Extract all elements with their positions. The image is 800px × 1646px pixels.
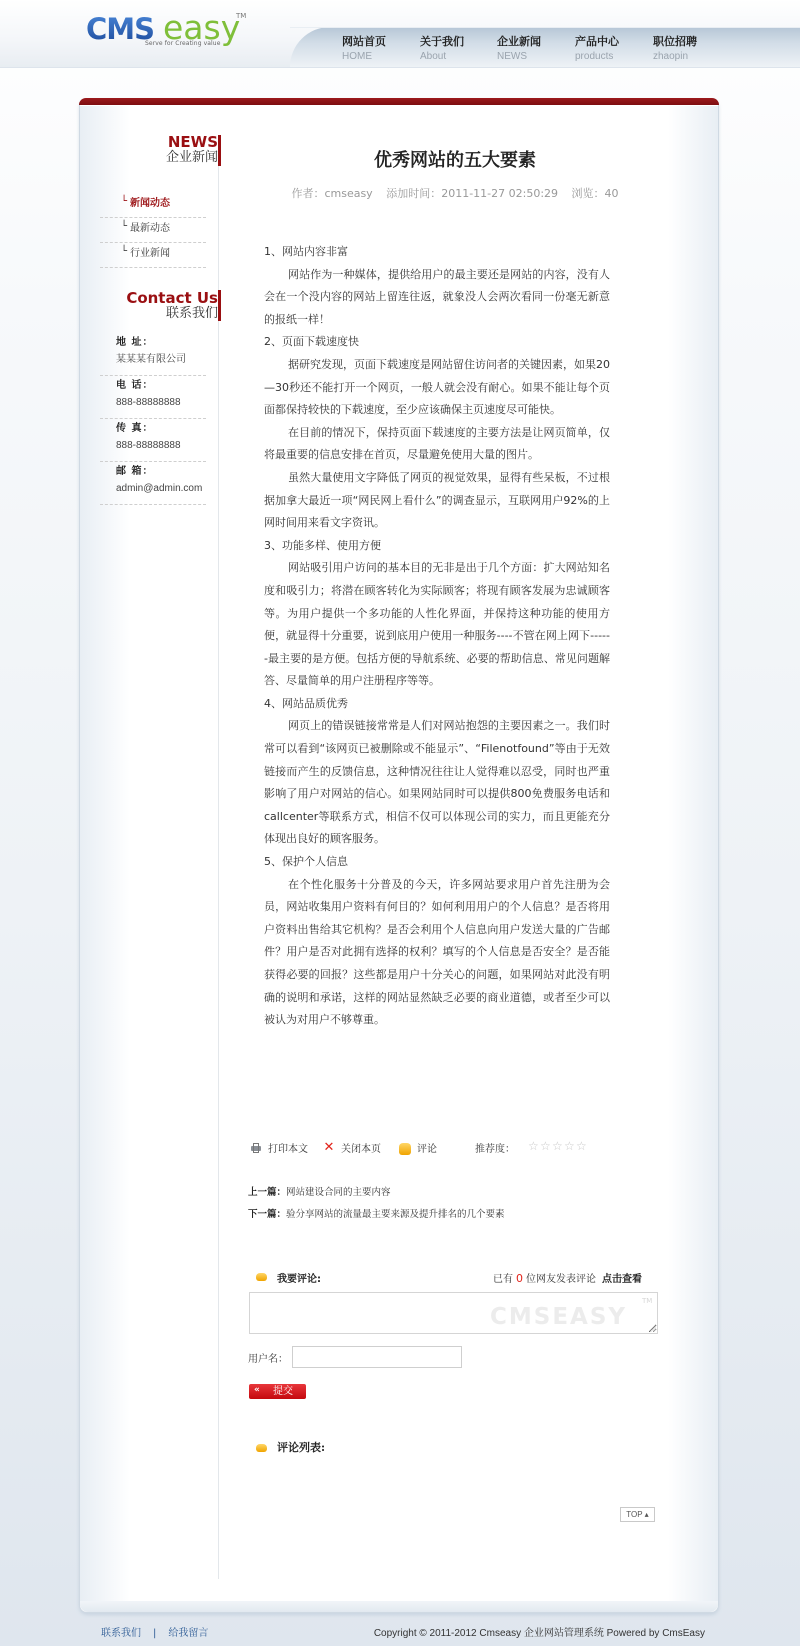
article-author: 作者：cmseasy — [291, 187, 372, 200]
close-icon: ✕ — [323, 1142, 335, 1154]
contact-value: 某某某有限公司 — [116, 351, 206, 368]
star-icon[interactable]: ☆ — [528, 1140, 540, 1153]
nav-item-home[interactable]: 网站首页 HOME — [342, 33, 412, 62]
nav-sublabel: HOME — [342, 51, 412, 62]
article-body: 1、网站内容非富 网站作为一种媒体，提供给用户的最主要还是网站的内容，没有人会在… — [264, 241, 610, 1032]
footer-link-guestbook[interactable]: 给我留言 — [168, 1628, 208, 1639]
nav-sublabel: products — [575, 51, 645, 62]
contact-label: 电 话： — [116, 378, 206, 394]
comment-list-title: 评论列表: — [277, 1439, 325, 1455]
panel-bottom-edge — [80, 1601, 718, 1612]
contact-address: 地 址： 某某某有限公司 — [100, 333, 206, 376]
corner-icon: └ — [121, 191, 127, 213]
comment-form-title: 我要评论: — [277, 1270, 321, 1285]
star-icon[interactable]: ☆ — [576, 1140, 588, 1153]
paragraph: 在个性化服务十分普及的今天，许多网站要求用户首先注册为会员，网站收集用户资料有何… — [264, 874, 610, 1032]
contact-label: 传 真： — [116, 421, 206, 437]
next-article: 下一篇：验分享网站的流量最主要来源及提升排名的几个要素 — [248, 1204, 505, 1226]
main-nav: 网站首页 HOME 关于我们 About 企业新闻 NEWS 产品中心 prod… — [290, 27, 800, 67]
nav-item-jobs[interactable]: 职位招聘 zhaopin — [653, 33, 723, 62]
contact-fax: 传 真： 888-88888888 — [100, 419, 206, 462]
next-label: 下一篇： — [248, 1209, 286, 1220]
submit-label: 提交 — [273, 1384, 293, 1399]
site-header: CMS easy TM Serve for Creating value 网站首… — [0, 0, 800, 68]
close-label: 关闭本页 — [341, 1140, 381, 1155]
logo-trademark: TM — [236, 12, 246, 20]
panel-shade — [80, 106, 130, 1606]
section-heading: 4、网站品质优秀 — [264, 693, 610, 716]
print-button[interactable]: 打印本文 — [250, 1140, 308, 1155]
article-tools: 打印本文 ✕ 关闭本页 评论 推荐度： ☆ ☆ ☆ ☆ ☆ — [250, 1140, 650, 1158]
print-label: 打印本文 — [268, 1140, 308, 1155]
rating-stars: ☆ ☆ ☆ ☆ ☆ — [528, 1140, 588, 1153]
sidebar-item-latest-updates[interactable]: └ 最新动态 — [100, 218, 206, 243]
comment-bubble-icon — [256, 1273, 267, 1281]
contact-value: 888-88888888 — [116, 394, 206, 411]
corner-icon: └ — [121, 241, 127, 263]
star-icon[interactable]: ☆ — [564, 1140, 576, 1153]
contact-phone: 电 话： 888-88888888 — [100, 376, 206, 419]
prev-article: 上一篇：网站建设合同的主要内容 — [248, 1182, 505, 1204]
footer-copyright: Copyright © 2011-2012 Cmseasy 企业网站管理系统 P… — [374, 1624, 705, 1639]
prev-label: 上一篇： — [248, 1187, 286, 1198]
comment-textarea[interactable] — [249, 1292, 658, 1334]
heading-cn: 企业新闻 — [166, 150, 218, 166]
section-heading: 1、网站内容非富 — [264, 241, 610, 264]
article-meta: 作者：cmseasy 添加时间：2011-11-27 02:50:29 浏览：4… — [240, 185, 670, 201]
article-date: 添加时间：2011-11-27 02:50:29 — [386, 187, 558, 200]
rating-label-text: 推荐度： — [475, 1140, 515, 1155]
heading-en: NEWS — [166, 134, 218, 150]
comment-label: 评论 — [417, 1140, 437, 1155]
nav-label: 职位招聘 — [653, 33, 723, 49]
contact-value: admin@admin.com — [116, 480, 206, 497]
username-label: 用户名： — [248, 1350, 288, 1365]
paragraph: 网页上的错误链接常常是人们对网站抱怨的主要因素之一。我们时常可以看到“该网页已被… — [264, 715, 610, 851]
prev-next-nav: 上一篇：网站建设合同的主要内容 下一篇：验分享网站的流量最主要来源及提升排名的几… — [248, 1182, 505, 1226]
section-heading: 3、功能多样、使用方便 — [264, 535, 610, 558]
contact-label: 地 址： — [116, 335, 206, 351]
contact-label: 邮 箱： — [116, 464, 206, 480]
logo[interactable]: CMS easy TM Serve for Creating value — [86, 10, 246, 50]
footer-links: 联系我们|给我留言 — [101, 1624, 208, 1639]
star-icon[interactable]: ☆ — [540, 1140, 552, 1153]
sidebar-item-label: 行业新闻 — [130, 248, 170, 259]
printer-icon — [250, 1142, 262, 1154]
footer-separator: | — [153, 1628, 156, 1639]
heading-cn: 联系我们 — [126, 306, 218, 322]
paragraph: 虽然大量使用文字降低了网页的视觉效果，显得有些呆板，不过根据加拿大最近一项“网民… — [264, 467, 610, 535]
paragraph: 据研究发现，页面下载速度是网站留住访问者的关键因素，如果20—30秒还不能打开一… — [264, 354, 610, 422]
article-title: 优秀网站的五大要素 — [240, 146, 670, 172]
logo-cms-text: CMS — [86, 12, 154, 46]
sidebar-item-label: 新闻动态 — [130, 198, 170, 209]
contact-info-list: 地 址： 某某某有限公司 电 话： 888-88888888 传 真： 888-… — [100, 333, 206, 505]
nav-label: 关于我们 — [420, 33, 490, 49]
nav-label: 企业新闻 — [497, 33, 567, 49]
comment-button[interactable]: 评论 — [399, 1140, 437, 1155]
paragraph: 在目前的情况下，保持页面下载速度的主要方法是让网页简单，仅将最重要的信息安排在首… — [264, 422, 610, 467]
count-suffix: 位网友发表评论 — [526, 1274, 596, 1285]
nav-sublabel: About — [420, 51, 490, 62]
username-row: 用户名： — [248, 1346, 462, 1368]
nav-item-about[interactable]: 关于我们 About — [420, 33, 490, 62]
heading-accent-bar — [218, 135, 221, 166]
site-footer: 联系我们|给我留言 Copyright © 2011-2012 Cmseasy … — [0, 1620, 800, 1646]
comment-count: 已有0位网友发表评论点击查看 — [493, 1270, 642, 1285]
sidebar-divider — [218, 135, 219, 1579]
sidebar-item-news-updates[interactable]: └ 新闻动态 — [100, 193, 206, 218]
nav-item-products[interactable]: 产品中心 products — [575, 33, 645, 62]
comment-bubble-icon — [256, 1444, 267, 1452]
arrow-left-icon: « — [254, 1383, 260, 1398]
star-icon[interactable]: ☆ — [552, 1140, 564, 1153]
heading-accent-bar — [218, 290, 221, 321]
view-comments-link[interactable]: 点击查看 — [602, 1274, 642, 1285]
username-input[interactable] — [292, 1346, 462, 1368]
rating-label: 推荐度： — [475, 1140, 515, 1155]
sidebar-item-industry-news[interactable]: └ 行业新闻 — [100, 243, 206, 268]
count-number: 0 — [516, 1272, 523, 1285]
sidebar-news-heading: NEWS 企业新闻 — [166, 134, 218, 166]
nav-sublabel: zhaopin — [653, 51, 723, 62]
nav-label: 网站首页 — [342, 33, 412, 49]
submit-button[interactable]: « 提交 — [249, 1384, 306, 1399]
close-page-button[interactable]: ✕ 关闭本页 — [323, 1140, 381, 1155]
back-to-top-button[interactable]: TOP ▴ — [620, 1507, 655, 1522]
count-prefix: 已有 — [493, 1274, 513, 1285]
panel-shade — [668, 106, 718, 1606]
panel-top-accent — [79, 98, 719, 105]
sidebar-category-menu: └ 新闻动态 └ 最新动态 └ 行业新闻 — [100, 193, 206, 268]
nav-sublabel: NEWS — [497, 51, 567, 62]
section-heading: 5、保护个人信息 — [264, 851, 610, 874]
comment-bubble-icon — [399, 1143, 411, 1155]
prev-article-link[interactable]: 网站建设合同的主要内容 — [286, 1187, 391, 1198]
nav-item-news[interactable]: 企业新闻 NEWS — [497, 33, 567, 62]
corner-icon: └ — [121, 216, 127, 238]
section-heading: 2、页面下载速度快 — [264, 331, 610, 354]
sidebar-contact-heading: Contact Us 联系我们 — [126, 290, 218, 322]
logo-tagline: Serve for Creating value — [145, 40, 221, 47]
resize-grip-icon[interactable] — [650, 1326, 656, 1332]
paragraph: 网站吸引用户访问的基本目的无非是出于几个方面：扩大网站知名度和吸引力；将潜在顾客… — [264, 557, 610, 693]
paragraph: 网站作为一种媒体，提供给用户的最主要还是网站的内容，没有人会在一个没内容的网站上… — [264, 264, 610, 332]
contact-email: 邮 箱： admin@admin.com — [100, 462, 206, 505]
heading-en: Contact Us — [126, 290, 218, 306]
contact-value: 888-88888888 — [116, 437, 206, 454]
footer-link-contact[interactable]: 联系我们 — [101, 1628, 141, 1639]
next-article-link[interactable]: 验分享网站的流量最主要来源及提升排名的几个要素 — [286, 1209, 505, 1220]
nav-label: 产品中心 — [575, 33, 645, 49]
sidebar-item-label: 最新动态 — [130, 223, 170, 234]
article-views: 浏览：40 — [572, 187, 619, 200]
comment-form-header: 我要评论: 已有0位网友发表评论点击查看 — [256, 1270, 642, 1286]
